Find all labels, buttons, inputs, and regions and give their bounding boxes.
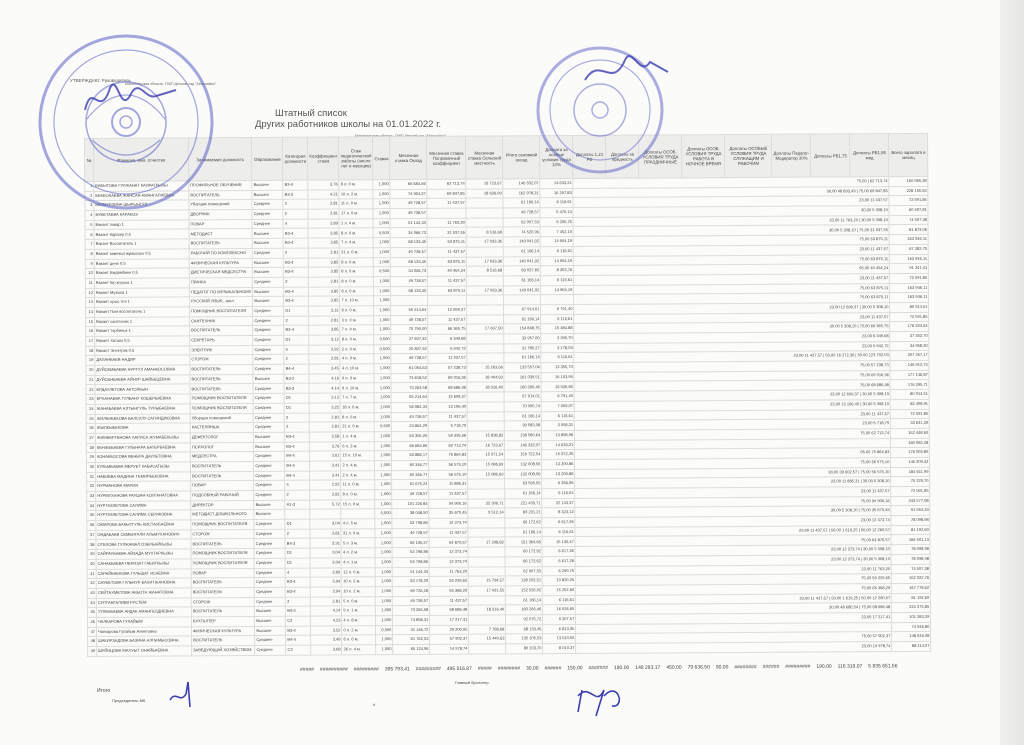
cell-stazh: 2 л. 4 м. xyxy=(341,461,375,471)
cell-d10: 3 395,70 xyxy=(541,334,574,344)
cell-name: Вакант сантехник 1 xyxy=(95,316,190,326)
cell-sel: 15 086,69 xyxy=(468,460,505,470)
cell-n: 36 xyxy=(87,520,96,530)
cell-sel xyxy=(467,315,504,325)
cell-cat: 2 xyxy=(285,490,310,500)
cell-total: 152 022,76 xyxy=(892,574,931,584)
cell-k: 2,92 xyxy=(309,345,340,355)
cell-total: 167 778,62 xyxy=(892,583,931,593)
cell-d10: 13 510,55 xyxy=(543,634,576,644)
cell-name: Вакант Воспитатель 1 xyxy=(94,239,189,249)
cell-popr: 63 875,11 xyxy=(427,237,466,247)
cell-n: 47 xyxy=(87,627,96,637)
cell-d10 xyxy=(541,295,574,305)
cell-d10: 6 116,61 xyxy=(543,595,576,605)
cell-st: 1,000 xyxy=(375,461,392,471)
cell-oklad: 51 675,24 xyxy=(392,480,429,490)
cell-total: 60 507,81 xyxy=(889,205,928,215)
cell-popr: 29 200,05 xyxy=(430,625,469,635)
cell-d10: 6 791,40 xyxy=(541,304,574,314)
cell-sel xyxy=(468,528,505,538)
table-header-row: №Фамилия, имя, отчествоЗанимаемая должно… xyxy=(85,133,929,181)
cell-d10: 6 617,26 xyxy=(542,556,575,566)
cell-stazh: 8 л. 0 м. xyxy=(341,412,375,422)
cell-pos: ПЕДАГОГ ПО МУЗЫКАЛЬНОМУ xyxy=(189,287,252,297)
total-value: ###### xyxy=(763,664,780,670)
column-header: Доплаты Педагог-Модератор 30% xyxy=(772,134,811,177)
cell-popr xyxy=(427,208,466,218)
cell-itogo: 62 907,53 xyxy=(506,566,543,576)
cell-stazh: 21 л. 0 м. xyxy=(341,422,375,432)
total-value: 30,00 xyxy=(526,666,539,672)
column-header: Доплаты РБ1,75 xyxy=(811,134,850,177)
cell-n: 28 xyxy=(86,443,95,453)
cell-sel xyxy=(466,218,503,228)
cell-oklad: 63 355,26 xyxy=(392,431,429,441)
cell-oklad: 25 837,92 xyxy=(391,344,428,354)
cell-total: 176 003,89 xyxy=(891,448,930,458)
total-value: 79 636,50 xyxy=(688,664,710,670)
cell-cat xyxy=(285,510,310,520)
cell-st: 1,000 xyxy=(374,354,391,364)
cell-n: 30 xyxy=(86,462,95,472)
cell-k: 4,14 xyxy=(311,606,342,616)
cell-itogo: 159 722,54 xyxy=(505,450,542,460)
cell-name: ЕРДАУЛЕТОВА АКТОЛКЫН xyxy=(95,384,190,394)
cell-k: 2,81 xyxy=(308,248,339,258)
total-value: 116 319,07 xyxy=(838,664,863,670)
cell-stazh: 2 л. 4 м. xyxy=(341,470,375,480)
cell-k: 3,76 xyxy=(310,441,341,451)
cell-cat: B3-4 xyxy=(286,587,311,597)
cell-total: 160 965,28 xyxy=(891,438,930,448)
cell-n: 41 xyxy=(87,569,96,579)
cell-edu: Высшее xyxy=(255,607,286,617)
cell-itogo: 33 957,00 xyxy=(504,334,541,344)
cell-pos: БУХГАЛТЕР xyxy=(191,616,254,626)
cell-oklad: 27 607,32 xyxy=(391,334,428,344)
cell-edu: Среднее xyxy=(255,597,286,607)
cell-edu: Высшее xyxy=(255,626,286,636)
cell-edu: Высшее xyxy=(253,374,284,384)
cell-pos: ЗАВЕДУЮЩИЙ ХОЗЯЙСТВОМ xyxy=(192,645,255,655)
cell-st: 1,000 xyxy=(373,209,390,219)
cell-st: 1,000 xyxy=(373,189,390,199)
cell-k: 2,89 xyxy=(310,567,341,577)
cell-total: 88 114,07 xyxy=(892,641,931,651)
cell-d10: 16 297,83 xyxy=(540,188,573,198)
cell-k: 3,58 xyxy=(310,432,341,442)
cell-total: 228 155,63 xyxy=(889,186,928,196)
cell-stazh: 0 л. 2 м. xyxy=(342,625,376,635)
cell-k: 2,89 xyxy=(308,219,339,229)
cell-cat: 2 xyxy=(283,248,308,258)
cell-k: 4,14 xyxy=(309,383,340,393)
cell-edu: Среднее xyxy=(252,248,283,258)
cell-name: ЖАНАБАЕВА АЛТЫНГУЛЬ ТУРЫБАЕВНА xyxy=(95,404,190,414)
cell-cat: 5 xyxy=(285,480,310,490)
cell-stazh: 6 л. 3 м. xyxy=(341,441,375,451)
total-value: ##### xyxy=(300,667,314,673)
cell-popr: 56 575,10 xyxy=(429,470,468,480)
cell-cat: D1 xyxy=(284,403,309,413)
cell-k xyxy=(310,509,341,519)
cell-d10: 6 813,35 xyxy=(543,624,576,634)
cell-pos: Уборщик помещений xyxy=(190,413,253,423)
cell-st: 1,000 xyxy=(374,402,391,412)
cell-popr: 63 875,11 xyxy=(428,286,467,296)
cell-k: 3,91 xyxy=(310,538,341,548)
cell-edu: Среднее xyxy=(254,558,285,568)
cell-name: ЖИМБЕРГЕНОВА ЛАРИСА ЖУМАБЕКЫЗЫ xyxy=(95,433,190,443)
cell-name: ОТЕЛОВА ГУЛЖАМАЛ ОЗЕРБАЙКЫЗЫ xyxy=(96,539,191,549)
page-mark: # xyxy=(373,702,375,707)
cell-cat: 4 xyxy=(283,219,308,229)
cell-oklad: 49 728,57 xyxy=(390,199,427,209)
cell-popr: 64 870,57 xyxy=(429,538,468,548)
cell-n: 29 xyxy=(86,453,95,463)
cell-pos: ВОСПИТАТЕЛЬ xyxy=(191,607,254,617)
cell-oklad xyxy=(391,296,428,306)
cell-edu: Среднее xyxy=(254,519,285,529)
cell-cat: B3-4 xyxy=(284,325,309,335)
cell-name: САРАЙБАЕКОВА ГУЛЬШАТ ИСАЕВНА xyxy=(96,568,191,578)
cell-n: 3 xyxy=(85,201,94,211)
cell-n: 37 xyxy=(87,530,96,540)
cell-k: 3,94 xyxy=(311,577,342,587)
cell-sel: 16 723,67 xyxy=(468,440,505,450)
cell-n: 7 xyxy=(85,240,94,250)
cell-edu: Высшее xyxy=(252,180,283,190)
cell-popr: 5 718,79 xyxy=(429,421,468,431)
cell-itogo: 61 166,14 xyxy=(504,314,541,324)
cell-st: 1,000 xyxy=(373,247,390,257)
cell-sel: 7 786,68 xyxy=(469,625,506,635)
column-header: Ставка xyxy=(373,137,390,180)
cell-st: 1,000 xyxy=(375,451,392,461)
cell-pos: ПОМОЩНИК ВОСПИТАТЕЛЯ xyxy=(191,520,254,530)
cell-stazh: 8 л. 0 м. xyxy=(340,257,374,267)
cell-oklad: 34 066,73 xyxy=(391,267,428,277)
cell-total: 81 192,60 xyxy=(892,593,931,603)
cell-itogo: 61 166,14 xyxy=(505,489,542,499)
cell-popr: 5 942,72 xyxy=(428,344,467,354)
column-header: Категория должности xyxy=(283,137,308,180)
cell-total: 78 098,98 xyxy=(891,515,930,525)
total-value: 190,00 xyxy=(816,664,831,670)
cell-itogo: 160 266,46 xyxy=(506,605,543,615)
cell-popr: 11 437,57 xyxy=(429,528,468,538)
cell-itogo: 83 231,21 xyxy=(505,508,542,518)
cell-n: 42 xyxy=(87,579,96,589)
cell-edu: Среднее xyxy=(253,335,284,345)
cell-n: 20 xyxy=(86,366,95,376)
cell-name: Вакант Әдіскер 0,5 xyxy=(94,229,189,239)
column-header: Месячная ставка Поправочный коэффициент xyxy=(427,136,466,179)
cell-total: 80 014,51 xyxy=(890,302,929,312)
cell-n: 49 xyxy=(88,646,97,656)
cell-d10: 6 791,40 xyxy=(541,392,574,402)
cell-itogo: 152 526,02 xyxy=(506,586,543,596)
cell-stazh: 8 л. 0 м. xyxy=(340,228,374,238)
cell-sel xyxy=(467,334,504,344)
cell-d10: 22 143,37 xyxy=(542,498,575,508)
cell-cat: C2 xyxy=(286,616,311,626)
cell-itogo: 221 433,71 xyxy=(505,498,542,508)
cell-popr: 13 106,40 xyxy=(428,402,467,412)
cell-k: 5,72 xyxy=(310,500,341,510)
cell-st: 1,000 xyxy=(373,238,390,248)
cell-total: 37 352,70 xyxy=(890,331,929,341)
cell-edu: Среднее xyxy=(254,568,285,578)
total-value: 5 835 651,56 xyxy=(868,663,897,669)
cell-sel xyxy=(467,344,504,354)
cell-pos: ПОМОЩНИК ВОСПИТАТЕЛЯ xyxy=(190,306,253,316)
cell-n: 31 xyxy=(87,472,96,482)
approval-text: УТВЕРЖДАЮ: Руководитель xyxy=(70,78,131,84)
cell-n: 40 xyxy=(87,559,96,569)
cell-cat: B3-4 xyxy=(284,296,309,306)
cell-stazh: 8 л. 0 м. xyxy=(340,286,374,296)
cell-d10: 6 356,06 xyxy=(542,479,575,489)
cell-popr: 11 437,57 xyxy=(429,489,468,499)
cell-itogo: 74 520,96 xyxy=(503,227,540,237)
column-header: Всего зарплата в месяц xyxy=(889,133,928,176)
cell-d10: 6 617,26 xyxy=(542,518,575,528)
cell-stazh: 7 л. 10 м. xyxy=(340,296,374,306)
cell-n: 39 xyxy=(87,550,96,560)
cell-n: 46 xyxy=(87,617,96,627)
cell-popr: 14 978,74 xyxy=(430,644,469,654)
cell-sel xyxy=(467,353,504,363)
cell-sel xyxy=(467,247,504,257)
cell-st: 1,000 xyxy=(374,286,391,296)
cell-k: 3,61 xyxy=(310,451,341,461)
cell-k: 3,41 xyxy=(310,461,341,471)
cell-stazh: 10 л. 2 м. xyxy=(342,587,376,597)
cell-edu: Среднее xyxy=(254,461,285,471)
cell-popr: 11 437,57 xyxy=(429,412,468,422)
cell-pos: МЕТОДИСТ xyxy=(189,229,252,239)
cell-edu: Высшее xyxy=(254,442,285,452)
cell-sel: 15 263,66 xyxy=(467,363,504,373)
cell-total: 163 946,11 xyxy=(890,293,929,303)
cell-st: 0,500 xyxy=(375,422,392,432)
cell-sel xyxy=(469,595,506,605)
cell-oklad: 49 728,57 xyxy=(392,528,429,538)
cell-st: 0,500 xyxy=(374,335,391,345)
cell-edu: Среднее xyxy=(254,490,285,500)
cell-cat: B3-4 xyxy=(284,258,309,268)
cell-total: 80 014,51 xyxy=(890,389,929,399)
cell-stazh: 5 л. 0 м. xyxy=(342,596,376,606)
total-value: 450,00 xyxy=(666,665,681,671)
cell-edu: Среднее xyxy=(253,277,284,287)
cell-st: 0,500 xyxy=(373,228,390,238)
cell-st: 1,000 xyxy=(374,364,391,374)
cell-itogo: 49 728,57 xyxy=(503,208,540,218)
cell-n: 45 xyxy=(87,608,96,618)
cell-popr: 12 373,74 xyxy=(429,557,468,567)
cell-popr: 11 437,57 xyxy=(430,596,469,606)
total-value: ########## xyxy=(320,667,348,673)
column-header: Доплаты ОСОБЫЕ УСЛОВИЯ ТРУДА СЛУЖАЩИМ И … xyxy=(725,134,772,177)
cell-stazh: 8 л. 0 м. xyxy=(341,490,375,500)
cell-itogo: 61 166,14 xyxy=(504,247,541,257)
cell-cat: 4 xyxy=(285,568,310,578)
cell-itogo: 132 008,56 xyxy=(505,460,542,470)
cell-n: 11 xyxy=(85,278,94,288)
cell-oklad: 74 858,31 xyxy=(393,615,430,625)
cell-n: 48 xyxy=(88,637,97,647)
cell-name: ЖИЛКИБЕКОВА БАЛСУЛУ САГИНДИКОВНА xyxy=(95,413,190,423)
cell-name: ЧАЛКАРОВА ГУЛАЙЫМ xyxy=(96,617,191,627)
cell-st: 1,000 xyxy=(373,180,390,190)
cell-itogo: 132 008,56 xyxy=(505,469,542,479)
cell-total: 78 098,98 xyxy=(891,544,930,554)
cell-n: 8 xyxy=(85,249,94,259)
cell-cat: B3-4 xyxy=(284,287,309,297)
cell-k: 3,85 xyxy=(309,267,340,277)
cell-popr: 40 454,24 xyxy=(428,266,467,276)
cell-n: 17 xyxy=(86,336,95,346)
cell-n: 32 xyxy=(87,482,96,492)
cell-stazh: 12 л. 0 м. xyxy=(342,567,376,577)
cell-sel: 17 431,55 xyxy=(469,586,506,596)
cell-oklad: 73 263,58 xyxy=(391,383,428,393)
cell-stazh: 8 л. 0 м. xyxy=(339,180,373,190)
cell-name: ЕРХАНАЕВА ГУЛБАНУ КОШЕРБАЕВНА xyxy=(95,394,190,404)
cell-edu: Среднее xyxy=(252,200,283,210)
cell-stazh: 8 л. 0 м. xyxy=(340,277,374,287)
cell-itogo: 138 202,51 xyxy=(506,576,543,586)
cell-oklad: 51 144,33 xyxy=(393,567,430,577)
cell-n: 13 xyxy=(85,298,94,308)
cell-n: 2 xyxy=(85,191,94,201)
cell-stazh: 5 л. 3 м. xyxy=(341,538,375,548)
cell-total: 163 946,11 xyxy=(890,254,929,264)
cell-total: 176 333,63 xyxy=(890,322,929,332)
cell-st: 1,000 xyxy=(376,616,393,626)
cell-popr: 62 713,74 xyxy=(427,179,466,189)
total-value: 395 793,41 xyxy=(385,666,410,672)
cell-st: 1,000 xyxy=(375,567,392,577)
cell-d10: 9 207,57 xyxy=(543,614,576,624)
cell-d10: 15 484,88 xyxy=(541,324,574,334)
cell-st: 1,000 xyxy=(374,383,391,393)
cell-name: ШУЙНЦОВА МАХУЫТ ОНАЙБАЕВНА xyxy=(97,646,192,656)
cell-k: 4,16 xyxy=(309,374,340,384)
cell-oklad: 24 864,29 xyxy=(392,422,429,432)
cell-st: 1,000 xyxy=(374,325,391,335)
cell-k: 3,45 xyxy=(309,364,340,374)
cell-pos: ДИРЕКТОР xyxy=(191,500,254,510)
cell-sel: 15 086,69 xyxy=(468,470,505,480)
cell-popr: 11 437,57 xyxy=(428,247,467,257)
cell-popr: 35 670,45 xyxy=(429,509,468,519)
cell-n: 25 xyxy=(86,414,95,424)
cell-name: Вакант орыс тілі 1 xyxy=(94,297,189,307)
cell-popr: 11 437,57 xyxy=(427,199,466,209)
cell-cat: 2 xyxy=(283,209,308,219)
cell-sel xyxy=(469,615,506,625)
cell-pos: ВОСПИТАТЕЛЬ xyxy=(190,461,253,471)
itogo-label: Итого xyxy=(97,688,110,694)
cell-oklad: 55 214,64 xyxy=(391,393,428,403)
cell-cat: 2 xyxy=(284,413,309,423)
cell-itogo: 92 075,72 xyxy=(506,615,543,625)
cell-popr: 11 885,31 xyxy=(429,479,468,489)
cell-d10: 14 904,19 xyxy=(540,237,573,247)
cell-k: 3,85 xyxy=(308,228,339,238)
cell-total: 78 098,98 xyxy=(891,554,930,564)
cell-pos: РАБОЧИЙ ПО КОМПЛЕКСНО xyxy=(189,248,252,258)
total-value: ####### xyxy=(588,665,608,671)
cell-oklad: 70 790,00 xyxy=(391,325,428,335)
cell-itogo: 146 332,07 xyxy=(503,179,540,189)
cell-st: 1,000 xyxy=(376,635,393,645)
cell-sel xyxy=(468,518,505,528)
cell-popr: 11 763,20 xyxy=(427,218,466,228)
cell-name: САЙРАУБАЕВА АЙЗАДА МУХТАРКЫЗЫ xyxy=(96,549,191,559)
cell-stazh: 4 л. 0 м. xyxy=(340,354,374,364)
cell-sel: 8 516,68 xyxy=(467,266,504,276)
cell-itogo: 135 105,53 xyxy=(506,634,543,644)
cell-pos: ДИЕТИЧЕСКАЯ МЕДСЕСТРА xyxy=(189,268,252,278)
cell-stazh: 3 л. 0 м. xyxy=(340,315,374,325)
cell-k: 3,04 xyxy=(310,558,341,568)
cell-itogo: 31 780,27 xyxy=(504,343,541,353)
cell-pos: КАСТЕЛЯНША xyxy=(190,423,253,433)
cell-oklad: 38 048,50 xyxy=(392,509,429,519)
cell-stazh: 11 л. 0 м. xyxy=(339,199,373,209)
cell-stazh: 18 л. 6 м. xyxy=(341,403,375,413)
cell-st: 1,000 xyxy=(375,480,392,490)
cell-stazh: 9 л. 10 м. xyxy=(340,383,374,393)
cell-n: 4 xyxy=(85,211,94,221)
cell-cat: B3-4 xyxy=(283,229,308,239)
cell-oklad: 60 346,77 xyxy=(392,470,429,480)
cell-d10: 6 290,75 xyxy=(542,566,575,576)
cell-total: 243 577,08 xyxy=(891,496,930,506)
cell-cat: 2 xyxy=(283,200,308,210)
cell-itogo: 61 166,14 xyxy=(503,198,540,208)
cell-n: 23 xyxy=(86,395,95,405)
cell-oklad: 53 798,86 xyxy=(392,518,429,528)
signature-top-right xyxy=(585,56,668,80)
cell-d10: 6 116,61 xyxy=(541,353,574,363)
cell-popr: 75 864,83 xyxy=(429,450,468,460)
cell-name: Чалкарова Гулайым Ахметовна xyxy=(96,626,191,636)
cell-name: Вакант Музыка 1 xyxy=(94,287,189,297)
cell-d10: 15 972,25 xyxy=(542,450,575,460)
cell-total: 74 507,38 xyxy=(891,564,930,574)
cell-pos: ДВОРНИК xyxy=(189,210,252,220)
cell-name: Вакант Хатшы 0,5 xyxy=(95,336,190,346)
cell-n: 43 xyxy=(87,588,96,598)
cell-sel: 9 512,14 xyxy=(468,508,505,518)
cell-popr: 62 713,74 xyxy=(429,441,468,451)
cell-pos: РУССКИЙ ЯЗЫК_ англ xyxy=(189,297,252,307)
cell-pos: ФИЗИЧЕСКАЯ КУЛЬТУРА xyxy=(191,626,254,636)
cell-oklad: 101 226,84 xyxy=(392,499,429,509)
total-value: 180,00 xyxy=(614,665,629,671)
cell-d10: 16 103,95 xyxy=(541,372,574,382)
cell-d10: 15 136,47 xyxy=(542,537,575,547)
cell-k: 3,85 xyxy=(309,287,340,297)
cell-ex: 23,00 14 978,74 xyxy=(576,642,892,654)
cell-edu: Высшее xyxy=(252,190,283,200)
